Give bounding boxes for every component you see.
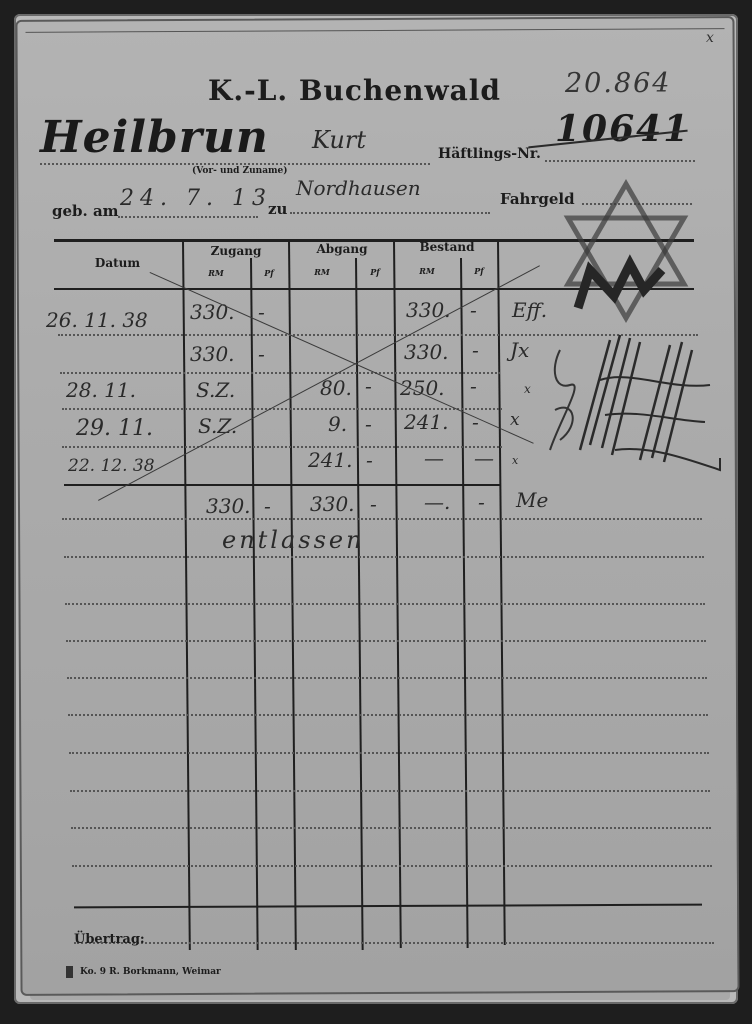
cell-out-pf: - bbox=[365, 374, 372, 398]
row-line bbox=[67, 677, 707, 679]
surname: Heilbrun bbox=[40, 112, 269, 163]
cell-out-rm: 9. bbox=[328, 412, 347, 436]
cell-bal-pf: - bbox=[472, 410, 479, 434]
subheader-gap bbox=[182, 260, 497, 261]
sub-header-pf: Pf bbox=[252, 268, 286, 278]
col-header-zugang: Zugang bbox=[186, 244, 286, 258]
card-top-border bbox=[26, 28, 725, 33]
name-field-hint: (Vor- und Zuname) bbox=[192, 166, 288, 176]
prisoner-number-label: Häftlings-Nr. bbox=[438, 146, 541, 162]
birth-date: 24. 7. 13 bbox=[120, 186, 272, 211]
row-line bbox=[72, 865, 712, 867]
printer-imprint: Ko. 9 R. Borkmann, Weimar bbox=[80, 967, 221, 977]
corner-mark: x bbox=[706, 30, 714, 46]
cell-bal-rm: 330. bbox=[404, 340, 449, 364]
cell-date: 26. 11. 38 bbox=[46, 308, 148, 332]
cell-bal-rm: — bbox=[424, 446, 444, 470]
cell-out-pf: - bbox=[365, 412, 372, 436]
cell-in-rm: 330. bbox=[190, 300, 235, 324]
cell-bal-rm: 250. bbox=[400, 376, 445, 400]
sub-header-rm: RM bbox=[186, 268, 246, 278]
cell-bal-pf: - bbox=[472, 338, 479, 362]
sub-header-rm: RM bbox=[292, 267, 352, 277]
cell-bal-pf: - bbox=[470, 374, 477, 398]
birth-label: geb. am bbox=[52, 202, 119, 220]
birthplace: Nordhausen bbox=[296, 176, 421, 200]
signature-scribbles-icon bbox=[520, 330, 730, 500]
row-line bbox=[62, 518, 702, 520]
total-out-rm: 330. bbox=[310, 492, 355, 516]
birth-dotted-line bbox=[118, 216, 258, 218]
total-out-pf: - bbox=[370, 492, 377, 516]
cell-bal-pf: — bbox=[474, 446, 494, 470]
col-header-bestand: Bestand bbox=[397, 240, 497, 254]
cell-out-rm: 241. bbox=[308, 448, 353, 472]
cell-note: x bbox=[510, 410, 520, 430]
cell-note: Eff. bbox=[512, 298, 547, 322]
cell-note: x bbox=[512, 454, 518, 467]
row-line bbox=[60, 372, 500, 374]
sub-header-pf: Pf bbox=[462, 266, 496, 276]
cell-date: 28. 11. bbox=[66, 378, 136, 402]
total-in-pf: - bbox=[264, 494, 271, 518]
cell-bal-rm: 241. bbox=[404, 410, 449, 434]
sub-header-pf: Pf bbox=[358, 267, 392, 277]
row-line bbox=[66, 640, 706, 642]
prisoner-number-dotted-line bbox=[545, 160, 695, 162]
cell-in-rm: S.Z. bbox=[198, 414, 237, 438]
col-header-abgang: Abgang bbox=[292, 242, 392, 256]
total-bal-rm: —. bbox=[424, 490, 450, 514]
birthplace-dotted-line bbox=[290, 212, 490, 214]
cell-bal-rm: 330. bbox=[406, 298, 451, 322]
col-header-datum: Datum bbox=[60, 256, 175, 270]
row-line bbox=[71, 827, 711, 829]
row-line bbox=[70, 790, 710, 792]
total-bal-pf: - bbox=[478, 490, 485, 514]
row-line bbox=[69, 752, 709, 754]
sub-header-rm: RM bbox=[397, 266, 457, 276]
birthplace-label: zu bbox=[268, 200, 287, 218]
printer-logo-icon bbox=[66, 966, 73, 978]
row-line bbox=[65, 603, 705, 605]
release-note: entlassen bbox=[222, 526, 365, 554]
cell-out-pf: - bbox=[366, 448, 373, 472]
cell-in-pf: - bbox=[258, 342, 265, 366]
cell-in-rm: S.Z. bbox=[196, 378, 235, 402]
camp-title: K.-L. Buchenwald bbox=[208, 74, 501, 107]
cell-date: 29. 11. bbox=[76, 416, 153, 441]
cell-date: 22. 12. 38 bbox=[68, 456, 155, 476]
carry-over-label: Übertrag: bbox=[74, 932, 145, 947]
prisoner-number: 10641 bbox=[555, 108, 690, 150]
name-dotted-line bbox=[40, 163, 430, 165]
total-in-rm: 330. bbox=[206, 494, 251, 518]
first-name: Kurt bbox=[312, 126, 366, 154]
row-line bbox=[74, 942, 714, 944]
row-line bbox=[68, 714, 708, 716]
star-of-david-stamp-icon bbox=[556, 178, 696, 328]
handwritten-number: 20.864 bbox=[565, 68, 671, 99]
row-line bbox=[64, 556, 704, 558]
cell-in-rm: 330. bbox=[190, 342, 235, 366]
